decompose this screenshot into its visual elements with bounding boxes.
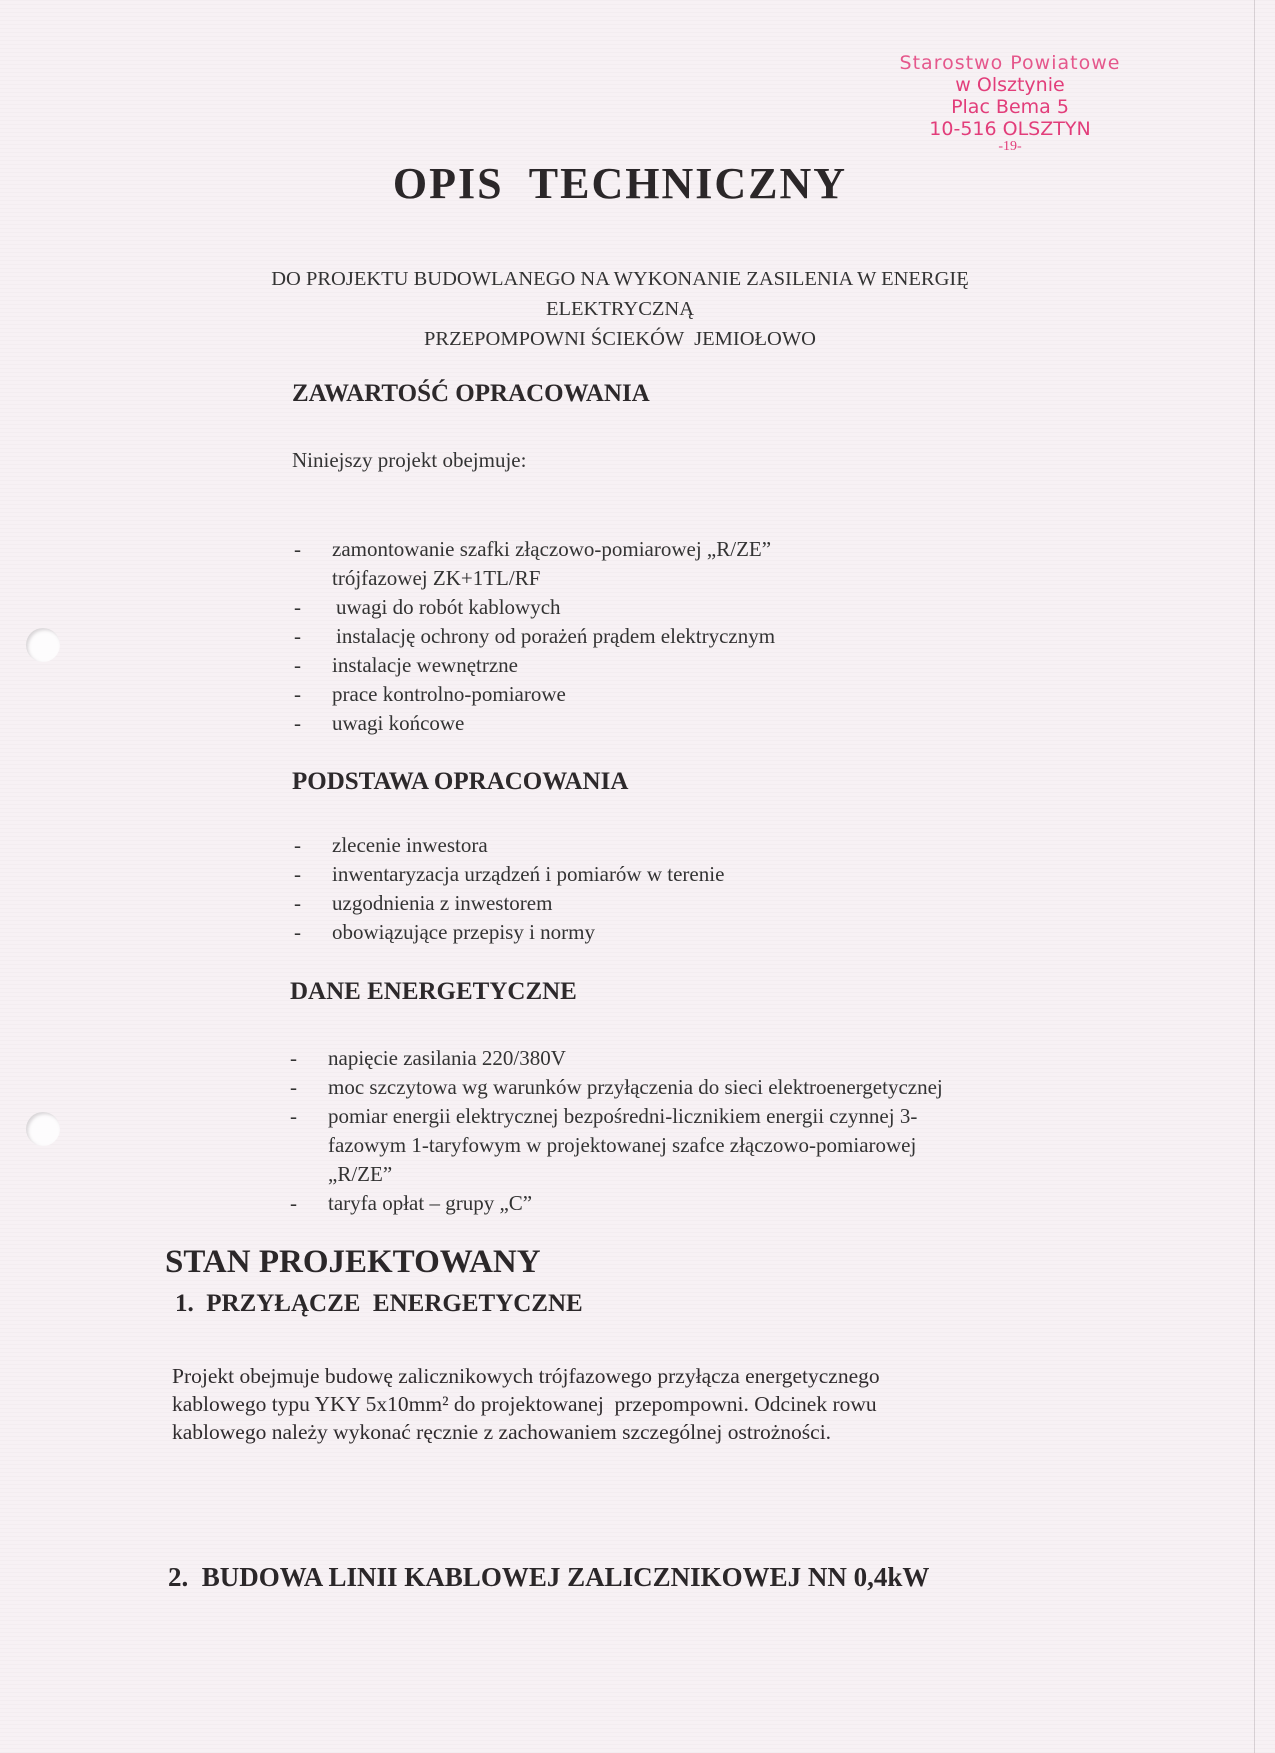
page-number: -19- <box>880 140 1140 154</box>
subtitle-line: ELEKTRYCZNĄ <box>0 294 1240 324</box>
document-subtitle: DO PROJEKTU BUDOWLANEGO NA WYKONANIE ZAS… <box>0 264 1240 354</box>
list-item: zlecenie inwestora <box>294 831 724 860</box>
energy-data-list: napięcie zasilania 220/380V moc szczytow… <box>290 1044 943 1218</box>
section-heading-energy-data: DANE ENERGETYCZNE <box>290 978 577 1006</box>
stamp-line: Starostwo Powiatowe <box>880 52 1140 74</box>
contents-list: zamontowanie szafki złączowo-pomiarowej … <box>294 535 775 738</box>
list-item: zamontowanie szafki złączowo-pomiarowej … <box>294 535 775 564</box>
list-item: prace kontrolno-pomiarowe <box>294 680 775 709</box>
subsection-heading-connection: 1. PRZYŁĄCZE ENERGETYCZNE <box>175 1290 583 1318</box>
basis-list: zlecenie inwestora inwentaryzacja urządz… <box>294 831 724 947</box>
subtitle-line: DO PROJEKTU BUDOWLANEGO NA WYKONANIE ZAS… <box>0 264 1240 294</box>
office-stamp: Starostwo Powiatowe w Olsztynie Plac Bem… <box>880 52 1140 154</box>
list-item: uwagi do robót kablowych <box>294 593 775 622</box>
list-item: fazowym 1-taryfowym w projektowanej szaf… <box>290 1131 943 1160</box>
stamp-line: Plac Bema 5 <box>880 96 1140 118</box>
list-item: instalację ochrony od porażeń prądem ele… <box>294 622 775 651</box>
punch-hole-icon <box>26 628 60 662</box>
section-heading-basis: PODSTAWA OPRACOWANIA <box>292 768 628 796</box>
section-heading-design-state: STAN PROJEKTOWANY <box>165 1244 541 1281</box>
document-title: OPIS TECHNICZNY <box>0 158 1240 209</box>
punch-hole-icon <box>26 1112 60 1146</box>
list-item: obowiązujące przepisy i normy <box>294 918 724 947</box>
connection-paragraph: Projekt obejmuje budowę zalicznikowych t… <box>172 1362 1072 1446</box>
paragraph-line: kablowego typu YKY 5x10mm² do projektowa… <box>172 1390 1072 1418</box>
list-item: taryfa opłat – grupy „C” <box>290 1189 943 1218</box>
stamp-line: w Olsztynie <box>880 74 1140 96</box>
list-item: napięcie zasilania 220/380V <box>290 1044 943 1073</box>
paragraph-line: Projekt obejmuje budowę zalicznikowych t… <box>172 1362 1072 1390</box>
list-item: pomiar energii elektrycznej bezpośredni-… <box>290 1102 943 1131</box>
subsection-heading-cable-line: 2. BUDOWA LINII KABLOWEJ ZALICZNIKOWEJ N… <box>168 1562 929 1593</box>
list-item: instalacje wewnętrzne <box>294 651 775 680</box>
list-item: uwagi końcowe <box>294 709 775 738</box>
stamp-line: 10-516 OLSZTYN <box>880 118 1140 140</box>
section-heading-contents: ZAWARTOŚĆ OPRACOWANIA <box>292 380 650 408</box>
list-item: uzgodnienia z inwestorem <box>294 889 724 918</box>
list-item: inwentaryzacja urządzeń i pomiarów w ter… <box>294 860 724 889</box>
subtitle-line: PRZEPOMPOWNI ŚCIEKÓW JEMIOŁOWO <box>0 324 1240 354</box>
scan-edge-line <box>1254 0 1255 1753</box>
contents-intro: Niniejszy projekt obejmuje: <box>292 448 526 473</box>
list-item: moc szczytowa wg warunków przyłączenia d… <box>290 1073 943 1102</box>
list-item: trójfazowej ZK+1TL/RF <box>294 564 775 593</box>
paragraph-line: kablowego należy wykonać ręcznie z zacho… <box>172 1418 1072 1446</box>
list-item: „R/ZE” <box>290 1160 943 1189</box>
